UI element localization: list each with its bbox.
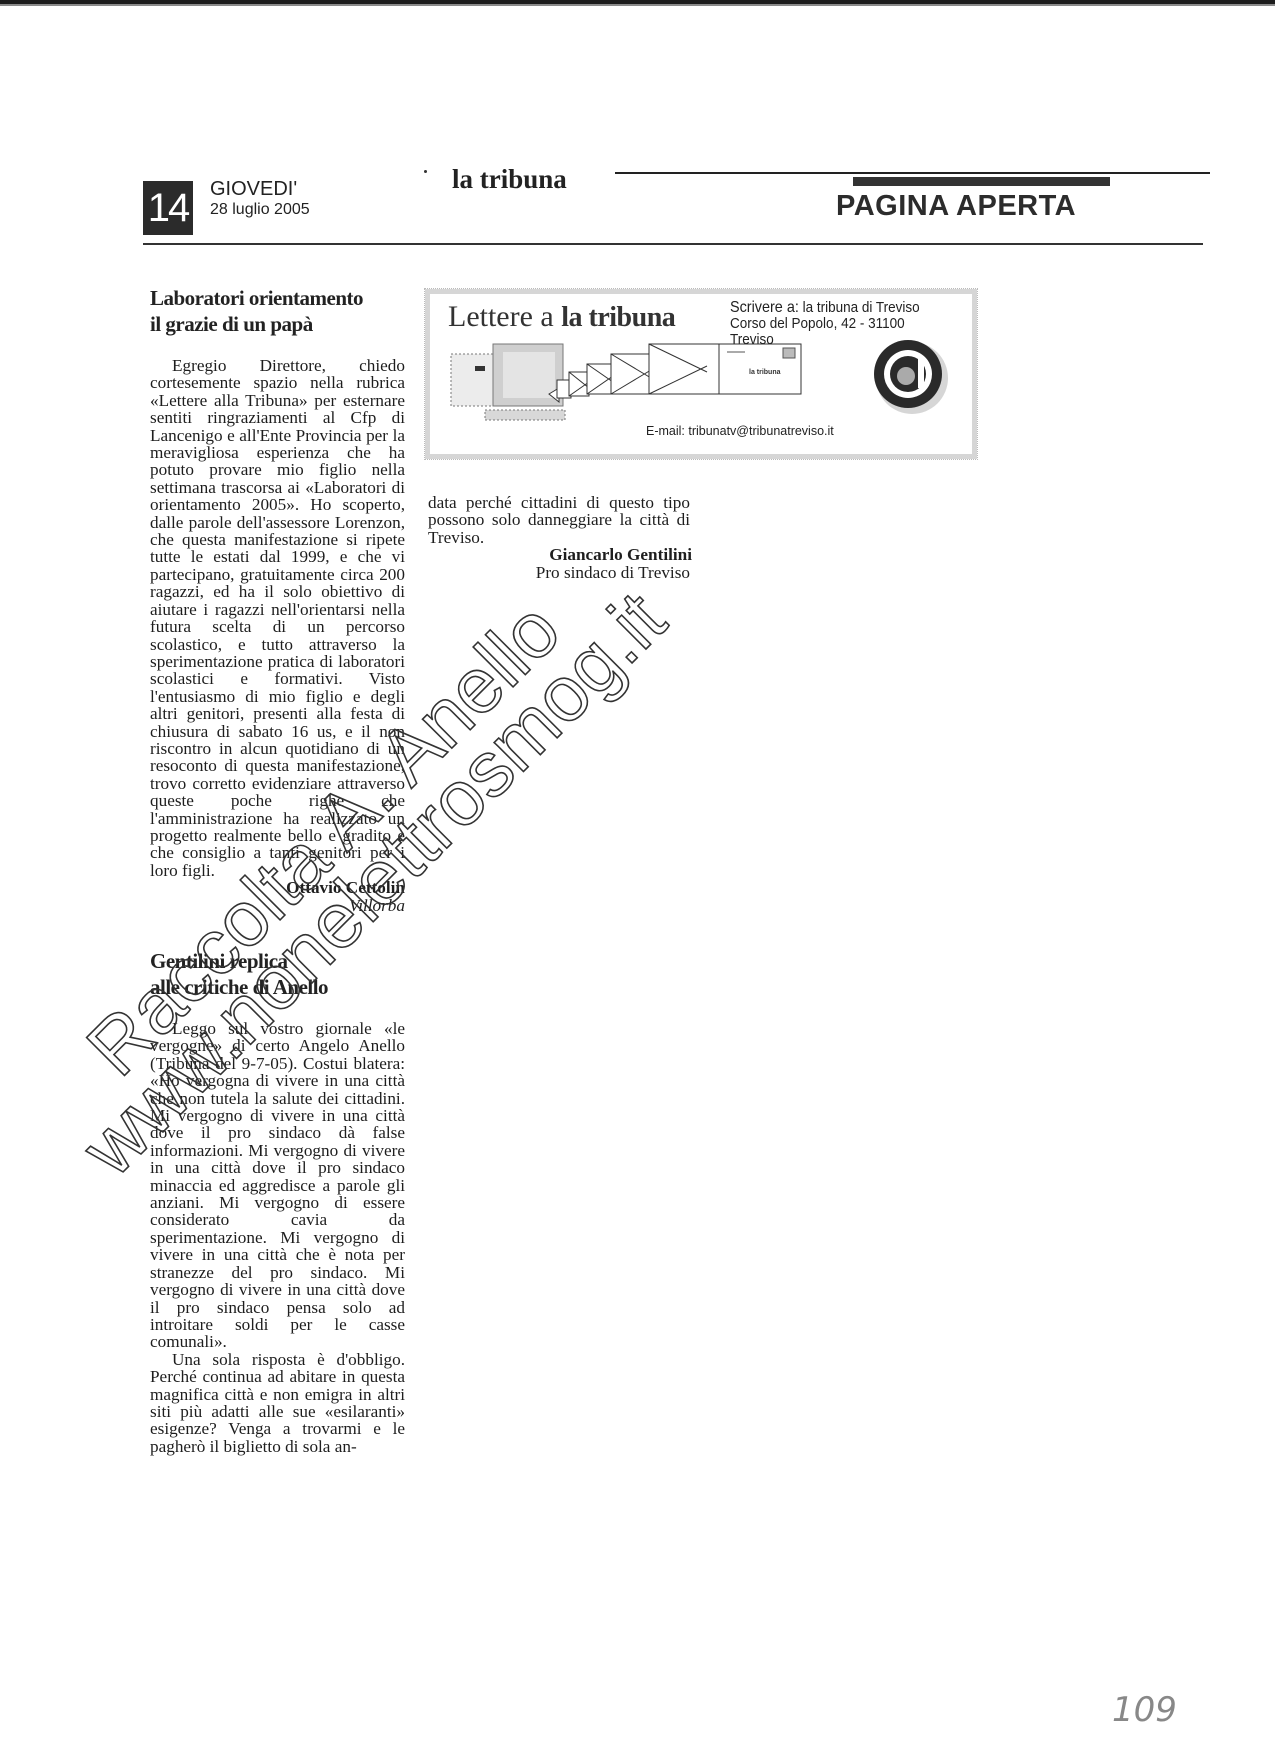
ad-email: E-mail: tribunatv@tribunatreviso.it — [646, 424, 834, 438]
headline-line: Gentilini replica — [150, 948, 405, 974]
spacer — [150, 914, 405, 948]
article1-body: Egregio Direttore, chiedo cortesemente s… — [150, 357, 405, 879]
article2-continuation: data perché cittadini di questo tipo pos… — [428, 494, 690, 546]
article1-headline: Laboratori orientamento il grazie di un … — [150, 285, 405, 337]
section-bar — [853, 177, 1110, 186]
ink-dot — [424, 170, 427, 173]
ad-title-brand: la tribuna — [561, 302, 675, 333]
write-label: Scrivere a: — [730, 299, 799, 316]
article1-signature-place: Villorba — [150, 897, 405, 914]
article2-body-p1: Leggo sul vostro giornale «le vergogne» … — [150, 1020, 405, 1351]
headline-line: alle critiche di Anello — [150, 974, 405, 1000]
at-sign-icon — [870, 336, 950, 416]
ad-title-prefix: Lettere a — [448, 300, 554, 333]
article1-signature-name: Ottavio Cettolin — [150, 879, 405, 896]
left-column: Laboratori orientamento il grazie di un … — [150, 285, 405, 1455]
write-to: la tribuna di Treviso — [803, 299, 920, 316]
page-number-badge: 14 — [143, 181, 193, 235]
middle-column: data perché cittadini di questo tipo pos… — [428, 494, 690, 581]
newspaper-masthead: la tribuna — [452, 164, 567, 195]
handwritten-page-number: 109 — [1112, 1690, 1177, 1730]
scan-edge-shadow — [0, 4, 1275, 6]
article2-headline: Gentilini replica alle critiche di Anell… — [150, 948, 405, 1000]
article2-body-p2-start: Una sola risposta è d'obbligo. Perché co… — [150, 1351, 405, 1455]
article2-signature-name: Giancarlo Gentilini — [428, 546, 692, 563]
letters-ad-box: Lettere a la tribuna Scrivere a: la trib… — [425, 289, 977, 459]
headline-line: il grazie di un papà — [150, 311, 405, 337]
weekday-label: GIOVEDI' — [210, 178, 297, 201]
headline-line: Laboratori orientamento — [150, 285, 405, 311]
header-rule-top — [615, 172, 1210, 174]
ad-title: Lettere a la tribuna — [448, 300, 675, 334]
section-title: PAGINA APERTA — [836, 190, 1076, 223]
article2-signature-role: Pro sindaco di Treviso — [428, 564, 690, 581]
computer-envelope-icon: la tribuna — [445, 342, 805, 427]
svg-text:la tribuna: la tribuna — [749, 369, 781, 376]
date-label: 28 luglio 2005 — [210, 201, 310, 219]
header-rule-bottom — [143, 243, 1203, 245]
